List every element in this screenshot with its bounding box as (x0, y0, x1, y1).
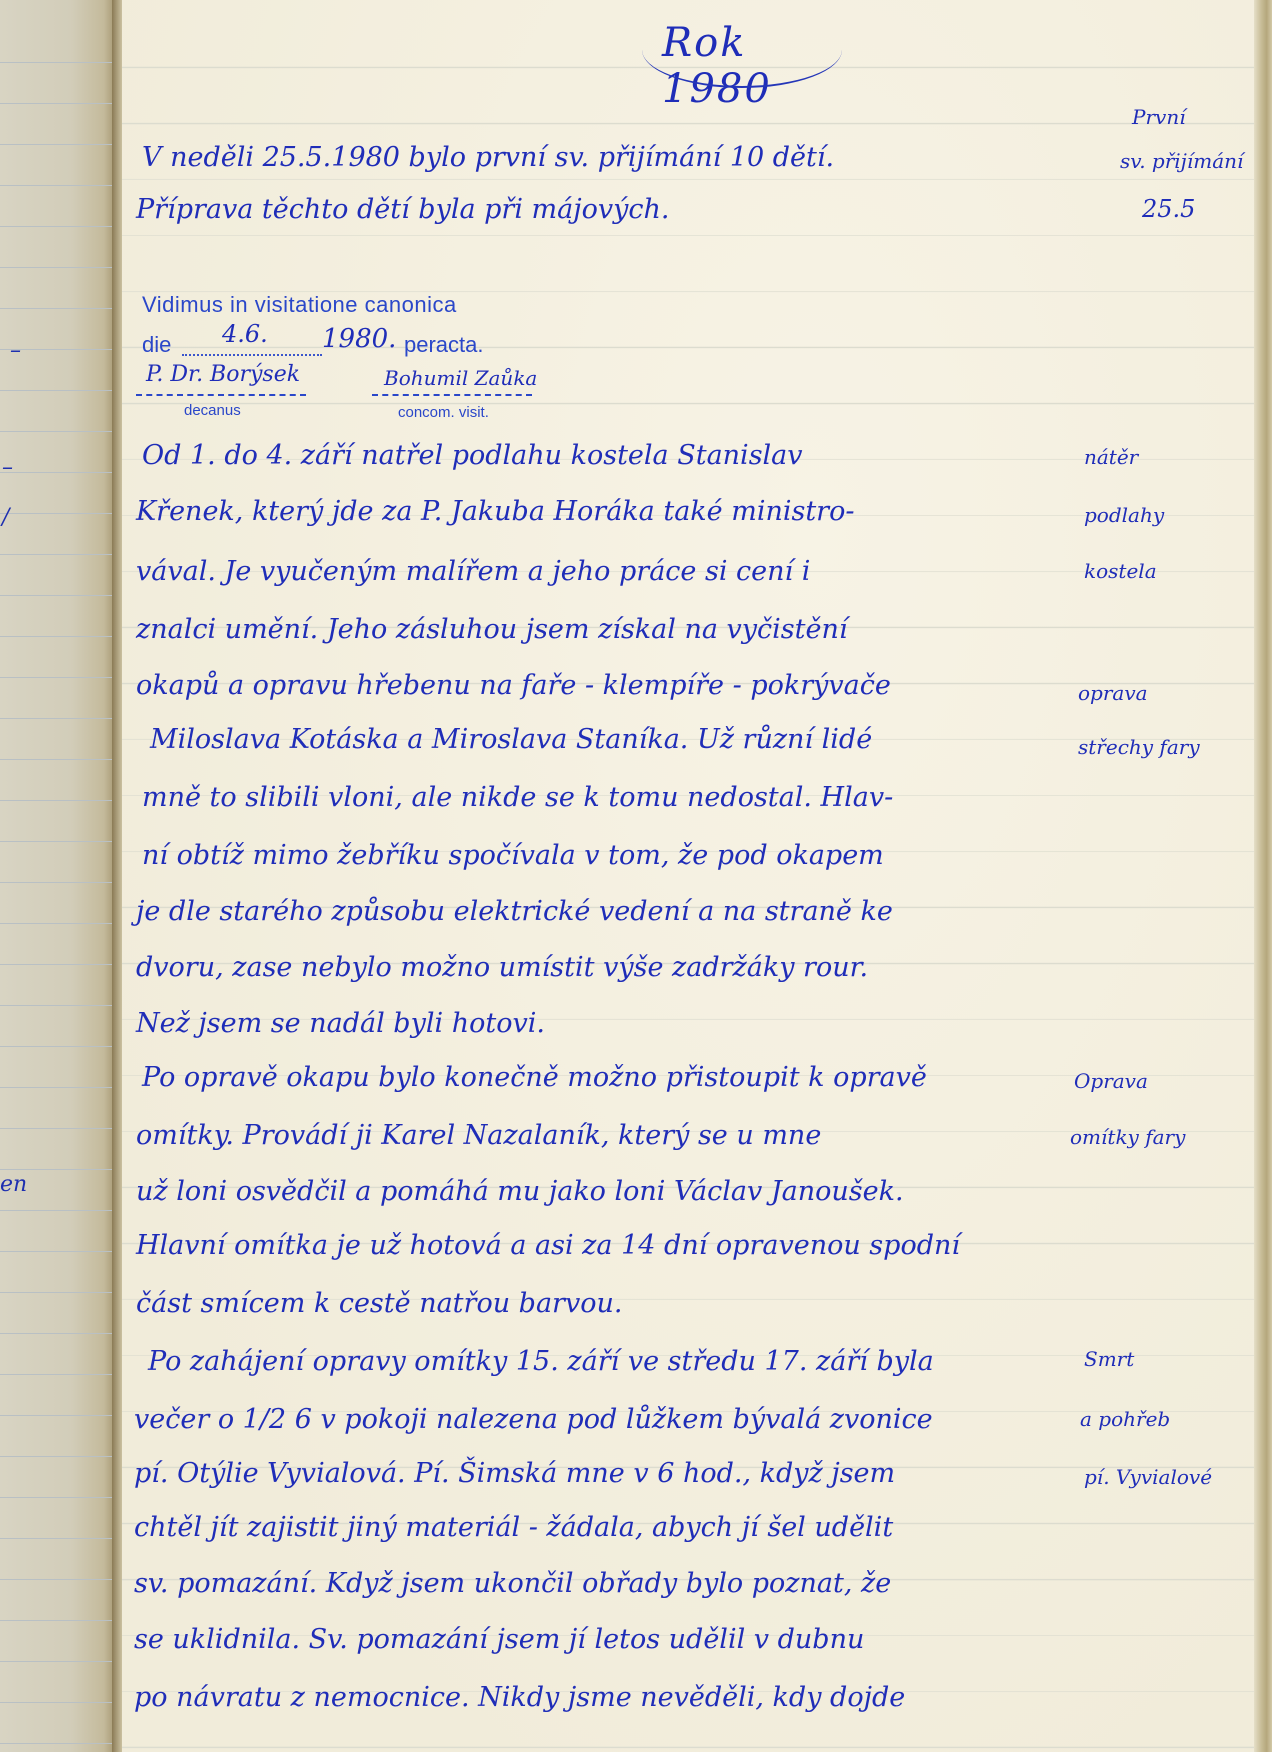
stamp-text: Vidimus in visitatione canonica (142, 292, 457, 318)
text-line: ní obtíž mimo žebříku spočívala v tom, ž… (142, 840, 884, 872)
margin-note: pí. Vyvialové (1084, 1464, 1212, 1490)
signature-line (136, 394, 306, 396)
stamp-die-label: die (142, 332, 171, 358)
text-line: Než jsem se nadál byli hotovi. (136, 1008, 545, 1040)
text-line: sv. pomazání. Když jsem ukončil obřady b… (134, 1568, 891, 1600)
text-line: Po zahájení opravy omítky 15. září ve st… (148, 1346, 934, 1378)
text-line: V neděli 25.5.1980 bylo první sv. přijím… (142, 142, 834, 174)
text-line: Hlavní omítka je už hotová a asi za 14 d… (136, 1230, 960, 1262)
text-line: Příprava těchto dětí byla při májových. (136, 194, 669, 226)
margin-note: sv. přijímání (1120, 148, 1243, 174)
margin-note: kostela (1084, 558, 1157, 584)
text-line: mně to slibili vloni, ale nikde se k tom… (142, 782, 893, 814)
left-page-fragment: en (0, 1172, 27, 1197)
left-page-fragment: – (2, 455, 13, 480)
margin-note: Oprava (1074, 1068, 1148, 1094)
margin-note: omítky fary (1070, 1124, 1185, 1150)
text-line: se uklidnila. Sv. pomazání jsem jí letos… (134, 1624, 864, 1656)
text-line: už loni osvědčil a pomáhá mu jako loni V… (136, 1176, 904, 1208)
page-edge (1254, 0, 1272, 1752)
text-line: chtěl jít zajistit jiný materiál - žádal… (134, 1512, 893, 1544)
text-line: omítky. Provádí ji Karel Nazalaník, kter… (136, 1120, 821, 1152)
text-line: okapů a opravu hřebenu na faře - klempíř… (136, 670, 891, 702)
left-page-fragment: – (10, 338, 21, 363)
text-line: je dle starého způsobu elektrické vedení… (136, 896, 893, 928)
text-line: Křenek, který jde za P. Jakuba Horáka ta… (136, 496, 854, 528)
margin-note: Smrt (1084, 1346, 1134, 1372)
margin-note: nátěr (1084, 444, 1138, 470)
text-line: Po opravě okapu bylo konečně možno přist… (142, 1062, 927, 1094)
text-line: dvoru, zase nebylo možno umístit výše za… (136, 952, 868, 984)
stamp-dotted-line (182, 354, 322, 356)
signature-line (372, 394, 532, 396)
signature-visitator: Bohumil Zaůka (384, 366, 537, 390)
signature-decanus: P. Dr. Borýsek (146, 362, 300, 387)
text-line: část smícem k cestě natřou barvou. (136, 1288, 622, 1320)
stamp-label-decanus: decanus (184, 402, 241, 419)
margin-note: 25.5 (1142, 196, 1195, 222)
stamp-label-visitator: concom. visit. (398, 404, 489, 421)
visitation-year: 1980. (322, 324, 396, 354)
stamp-peracta: peracta. (404, 332, 484, 358)
margin-note: První (1132, 104, 1186, 130)
text-line: vával. Je vyučeným malířem a jeho práce … (136, 556, 810, 588)
text-line: Miloslava Kotáska a Miroslava Staníka. U… (150, 724, 872, 756)
left-page: – – en / (0, 0, 118, 1752)
margin-note: podlahy (1084, 502, 1164, 528)
page-heading: Rok 1980 (642, 18, 842, 80)
left-page-fragment: / (2, 505, 9, 530)
text-line: znalci umění. Jeho zásluhou jsem získal … (136, 614, 848, 646)
margin-note: a pohřeb (1080, 1406, 1170, 1432)
right-page: Rok 1980 V neděli 25.5.1980 bylo první s… (122, 0, 1272, 1752)
text-line: po návratu z nemocnice. Nikdy jsme nevěd… (134, 1682, 905, 1714)
text-line: večer o 1/2 6 v pokoji nalezena pod lůžk… (134, 1404, 933, 1436)
text-line: Od 1. do 4. září natřel podlahu kostela … (142, 440, 803, 472)
margin-note: střechy fary (1078, 734, 1200, 760)
text-line: pí. Otýlie Vyvialová. Pí. Šimská mne v 6… (134, 1458, 895, 1490)
margin-note: oprava (1078, 680, 1148, 706)
visitation-date: 4.6. (222, 320, 268, 348)
